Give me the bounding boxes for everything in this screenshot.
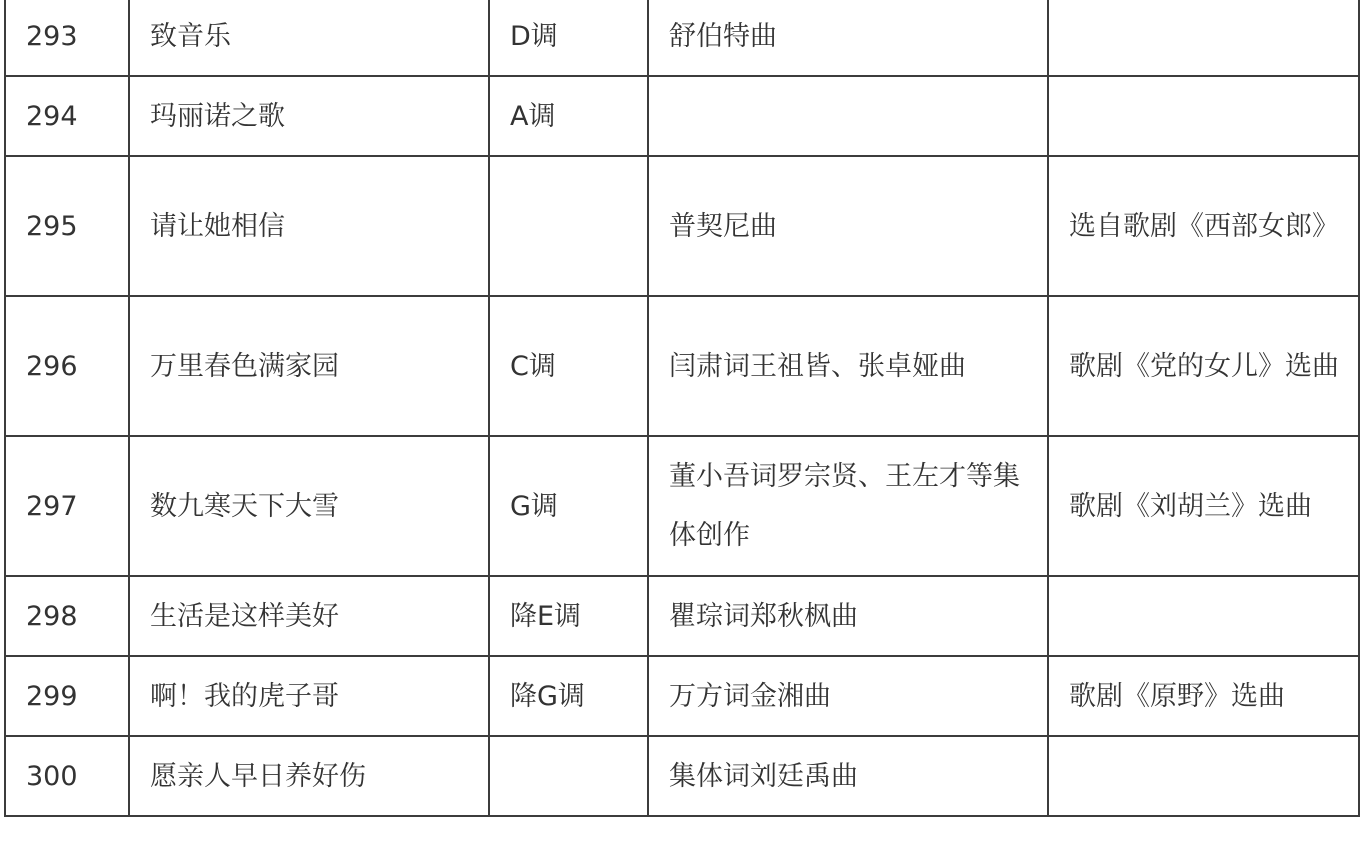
song-number: 297 [5,436,129,576]
song-title: 数九寒天下大雪 [129,436,489,576]
table-row: 299 啊！我的虎子哥 降G调 万方词金湘曲 歌剧《原野》选曲 [5,656,1359,736]
song-title: 啊！我的虎子哥 [129,656,489,736]
song-number: 294 [5,76,129,156]
table-row: 294 玛丽诺之歌 A调 [5,76,1359,156]
song-key: 降G调 [489,656,648,736]
table-row: 300 愿亲人早日养好伤 集体词刘廷禹曲 [5,736,1359,816]
song-notes [1048,76,1359,156]
song-key [489,156,648,296]
song-title: 生活是这样美好 [129,576,489,656]
song-title: 愿亲人早日养好伤 [129,736,489,816]
table-row: 296 万里春色满家园 C调 闫肃词王祖皆、张卓娅曲 歌剧《党的女儿》选曲 [5,296,1359,436]
song-number: 298 [5,576,129,656]
song-composer: 万方词金湘曲 [648,656,1048,736]
song-composer: 闫肃词王祖皆、张卓娅曲 [648,296,1048,436]
song-composer: 董小吾词罗宗贤、王左才等集体创作 [648,436,1048,576]
song-key: D调 [489,0,648,76]
song-number: 293 [5,0,129,76]
song-key: C调 [489,296,648,436]
song-list-table-container: 293 致音乐 D调 舒伯特曲 294 玛丽诺之歌 A调 295 请让她相信 普… [4,0,1358,817]
song-title: 万里春色满家园 [129,296,489,436]
song-notes [1048,0,1359,76]
song-composer: 舒伯特曲 [648,0,1048,76]
song-notes [1048,736,1359,816]
table-row: 297 数九寒天下大雪 G调 董小吾词罗宗贤、王左才等集体创作 歌剧《刘胡兰》选… [5,436,1359,576]
song-notes: 歌剧《刘胡兰》选曲 [1048,436,1359,576]
song-title: 请让她相信 [129,156,489,296]
song-notes: 选自歌剧《西部女郎》 [1048,156,1359,296]
song-composer: 普契尼曲 [648,156,1048,296]
table-row: 293 致音乐 D调 舒伯特曲 [5,0,1359,76]
table-row: 295 请让她相信 普契尼曲 选自歌剧《西部女郎》 [5,156,1359,296]
song-title: 玛丽诺之歌 [129,76,489,156]
song-number: 299 [5,656,129,736]
song-notes [1048,576,1359,656]
song-number: 296 [5,296,129,436]
song-number: 295 [5,156,129,296]
song-key [489,736,648,816]
song-number: 300 [5,736,129,816]
song-key: A调 [489,76,648,156]
song-key: G调 [489,436,648,576]
song-key: 降E调 [489,576,648,656]
song-title: 致音乐 [129,0,489,76]
song-composer: 集体词刘廷禹曲 [648,736,1048,816]
song-notes: 歌剧《原野》选曲 [1048,656,1359,736]
song-composer: 瞿琮词郑秋枫曲 [648,576,1048,656]
song-composer [648,76,1048,156]
song-notes: 歌剧《党的女儿》选曲 [1048,296,1359,436]
song-list-table: 293 致音乐 D调 舒伯特曲 294 玛丽诺之歌 A调 295 请让她相信 普… [4,0,1360,817]
table-row: 298 生活是这样美好 降E调 瞿琮词郑秋枫曲 [5,576,1359,656]
